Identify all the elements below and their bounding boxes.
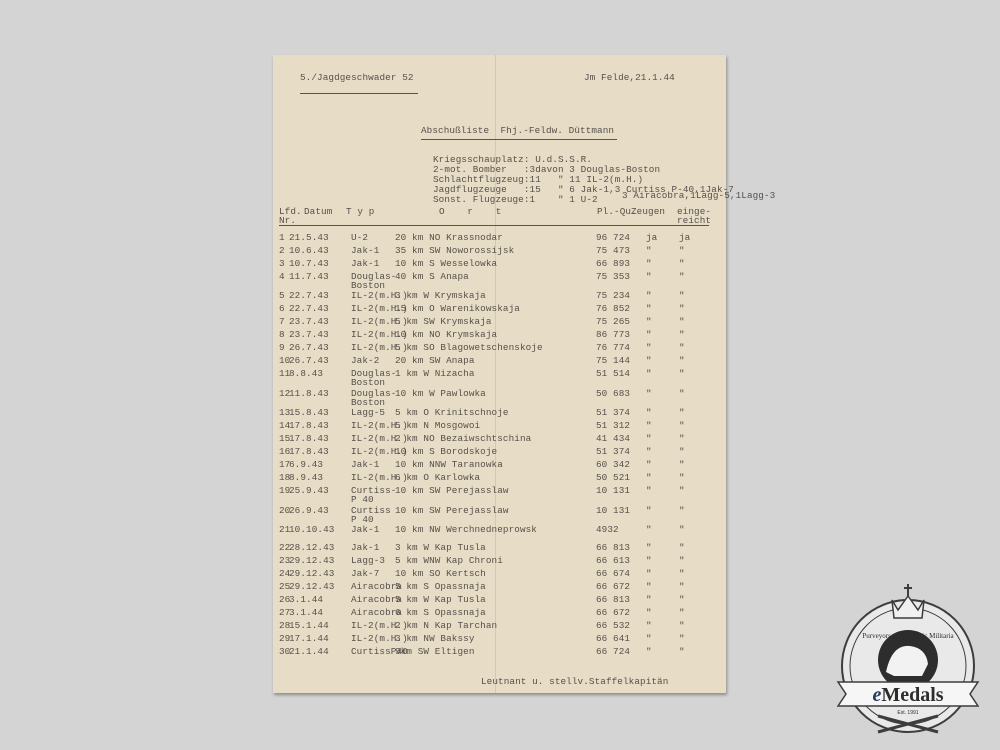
title-underline xyxy=(421,139,617,140)
svg-text:Est. 1991: Est. 1991 xyxy=(897,710,918,716)
table-row: 1925.9.43Curtiss- P 4010 km SW Perejassl… xyxy=(279,486,719,506)
col-nr: Lfd. Nr. xyxy=(279,207,302,225)
col-place: O r t xyxy=(439,207,501,216)
unit-underline xyxy=(300,93,418,94)
document-page: 5./Jagdgeschwader 52 Jm Felde,21.1.44 Ab… xyxy=(273,55,726,693)
emedals-watermark-logo: Purveyors of Authentic Militaria eMedals… xyxy=(828,578,988,738)
unit-name: 5./Jagdgeschwader 52 xyxy=(300,73,414,83)
table-row: 2026.9.43Curtiss P 4010 km SW Perejassla… xyxy=(279,506,719,526)
col-submitted: einge- reicht xyxy=(677,207,711,225)
emedals-crest-icon: Purveyors of Authentic Militaria eMedals… xyxy=(828,578,988,738)
col-witness: Zeugen xyxy=(631,207,665,216)
table-row: 1211.8.43Douglas- Boston10 km W Pawlowka… xyxy=(279,389,719,409)
summary-line: Sonst. Flugzeuge:1 " 1 U-2 xyxy=(433,195,598,205)
table-row: 411.7.43Douglas- Boston40 km S Anapa75 3… xyxy=(279,272,719,292)
col-date: Datum xyxy=(304,207,332,216)
table-row: 2110.10.43Jak-110 km NW Werchnedneprowsk… xyxy=(279,525,719,545)
header-underline xyxy=(279,225,709,226)
place-date: Jm Felde,21.1.44 xyxy=(584,73,675,83)
signature-line: Leutnant u. stellv.Staffelkapitän xyxy=(481,677,668,687)
svg-text:eMedals: eMedals xyxy=(872,684,943,706)
table-row: 118.8.43Douglas- Boston1 km W Nizacha51 … xyxy=(279,369,719,389)
logo-motto: Purveyors of Authentic Militaria xyxy=(862,632,954,640)
col-type: T y p xyxy=(346,207,374,216)
summary-overstrike: 3 Airacobra,1Lagg-5,1Lagg-3 xyxy=(622,191,775,201)
document-title: Abschußliste Fhj.-Feldw. Düttmann xyxy=(421,126,614,136)
table-row: 3021.1.44CurtissP409km SW Eltigen66 724"… xyxy=(279,647,719,667)
